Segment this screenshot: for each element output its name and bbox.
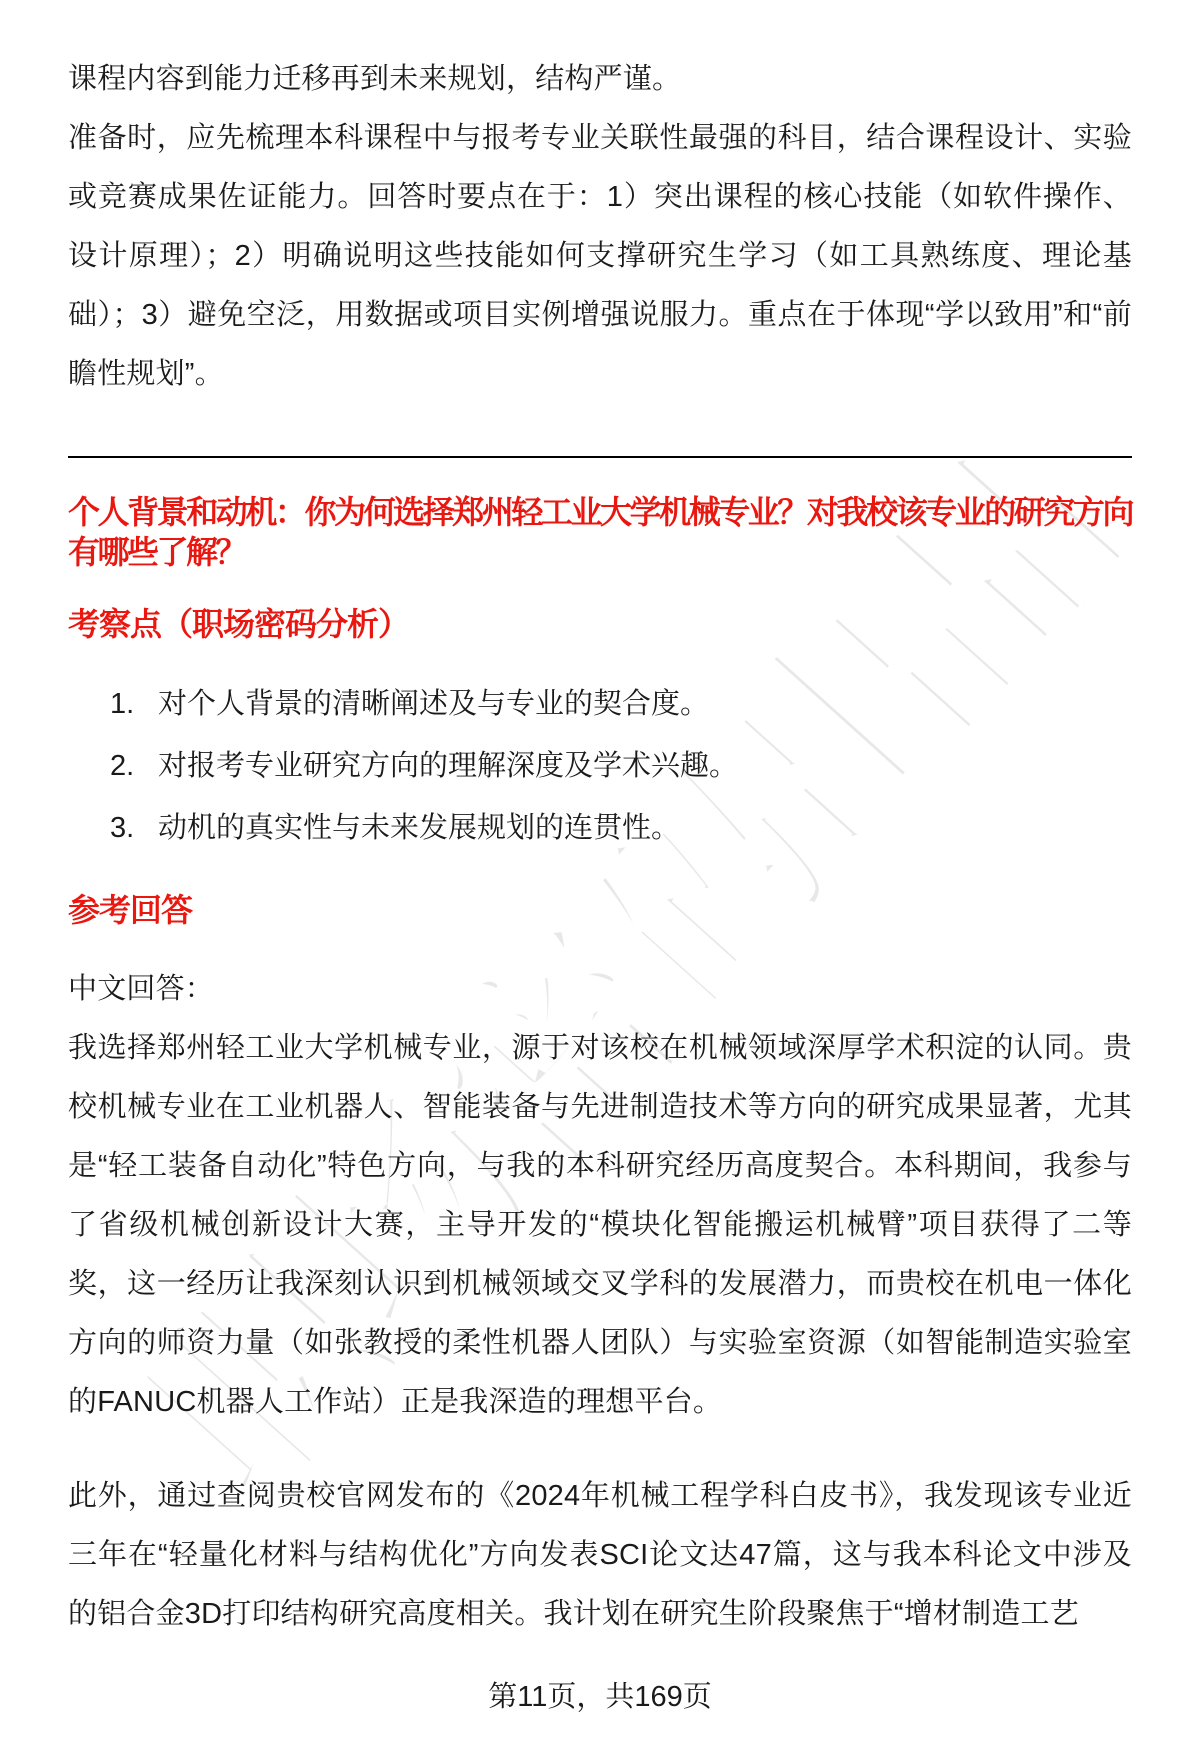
exam-point-number: 2. <box>110 737 158 796</box>
answer-paragraph-2: 此外，通过查阅贵校官网发布的《2024年机械工程学科白皮书》，我发现该专业近三年… <box>68 1467 1132 1644</box>
exam-point-text: 动机的真实性与未来发展规划的连贯性。 <box>158 812 680 844</box>
answer-paragraph-1: 我选择郑州轻工业大学机械专业，源于对该校在机械领域深厚学术积淀的认同。贵校机械专… <box>68 1019 1132 1432</box>
answer-language-label: 中文回答： <box>68 960 1132 1019</box>
reference-answer-heading: 参考回答 <box>68 890 1132 930</box>
exam-point-item: 3.动机的真实性与未来发展规划的连贯性。 <box>110 799 1132 858</box>
intro-paragraph-1: 课程内容到能力迁移再到未来规划，结构严谨。 <box>68 50 1132 109</box>
question-title: 个人背景和动机：你为何选择郑州轻工业大学机械专业？对我校该专业的研究方向有哪些了… <box>68 492 1132 572</box>
exam-point-text: 对报考专业研究方向的理解深度及学术兴趣。 <box>158 750 738 782</box>
exam-points-list: 1.对个人背景的清晰阐述及与专业的契合度。 2.对报考专业研究方向的理解深度及学… <box>68 675 1132 858</box>
exam-point-number: 3. <box>110 799 158 858</box>
page-number: 第11页，共169页 <box>488 1681 712 1713</box>
page-content: 课程内容到能力迁移再到未来规划，结构严谨。 准备时，应先梳理本科课程中与报考专业… <box>0 0 1200 1644</box>
exam-point-item: 1.对个人背景的清晰阐述及与专业的契合度。 <box>110 675 1132 734</box>
document-page: 职场密码出品 课程内容到能力迁移再到未来规划，结构严谨。 准备时，应先梳理本科课… <box>0 0 1200 1755</box>
exam-points-heading: 考察点（职场密码分析） <box>68 604 1132 644</box>
section-divider <box>68 456 1132 458</box>
page-footer: 第11页，共169页 <box>0 1677 1200 1717</box>
exam-point-number: 1. <box>110 675 158 734</box>
exam-point-text: 对个人背景的清晰阐述及与专业的契合度。 <box>158 688 709 720</box>
intro-paragraph-2: 准备时，应先梳理本科课程中与报考专业关联性最强的科目，结合课程设计、实验或竞赛成… <box>68 109 1132 404</box>
exam-point-item: 2.对报考专业研究方向的理解深度及学术兴趣。 <box>110 737 1132 796</box>
